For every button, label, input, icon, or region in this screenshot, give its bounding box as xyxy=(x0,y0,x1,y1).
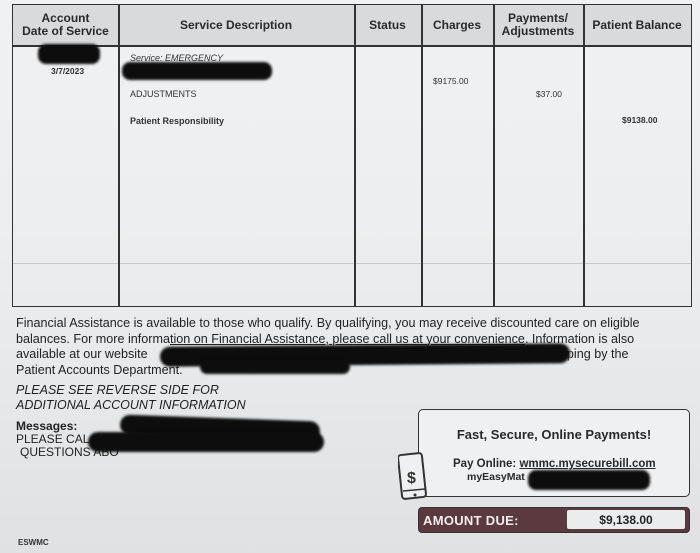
footer-code: ESWMC xyxy=(18,538,49,547)
payment-title: Fast, Secure, Online Payments! xyxy=(419,427,689,442)
row-charges: $9175.00 xyxy=(433,76,468,86)
date-of-service: 3/7/2023 xyxy=(51,66,84,76)
redaction xyxy=(38,44,100,64)
header-balance: Patient Balance xyxy=(583,5,691,45)
statement-table: Account Date of Service Service Descript… xyxy=(12,4,692,307)
header-charges: Charges xyxy=(421,5,493,45)
header-status: Status xyxy=(354,5,421,45)
redaction xyxy=(528,470,650,490)
paper-fold xyxy=(13,263,691,264)
phone-dollar-icon: $ xyxy=(398,451,430,503)
amount-due-bar: AMOUNT DUE: $9,138.00 xyxy=(418,507,690,533)
redaction xyxy=(200,360,350,374)
redaction xyxy=(122,62,272,80)
pay-online-text: Pay Online: wmmc.mysecurebill.com xyxy=(453,458,656,470)
reverse-side-notice: PLEASE SEE REVERSE SIDE FOR ADDITIONAL A… xyxy=(16,383,246,413)
header-description: Service Description xyxy=(118,5,354,45)
header-payments: Payments/ Adjustments xyxy=(493,5,583,45)
row-balance: $9138.00 xyxy=(622,115,657,125)
amount-due-value: $9,138.00 xyxy=(567,510,685,529)
svg-text:$: $ xyxy=(407,470,416,487)
redaction xyxy=(88,432,324,452)
amount-due-label: AMOUNT DUE: xyxy=(423,513,519,528)
pay-online-link[interactable]: wmmc.mysecurebill.com xyxy=(519,458,655,470)
header-account: Account Date of Service xyxy=(13,5,118,45)
row-payments: $37.00 xyxy=(536,89,562,99)
row-description: ADJUSTMENTS xyxy=(130,89,197,99)
myeasymatch-text: myEasyMat xyxy=(467,471,525,483)
row-description: Patient Responsibility xyxy=(130,116,224,126)
